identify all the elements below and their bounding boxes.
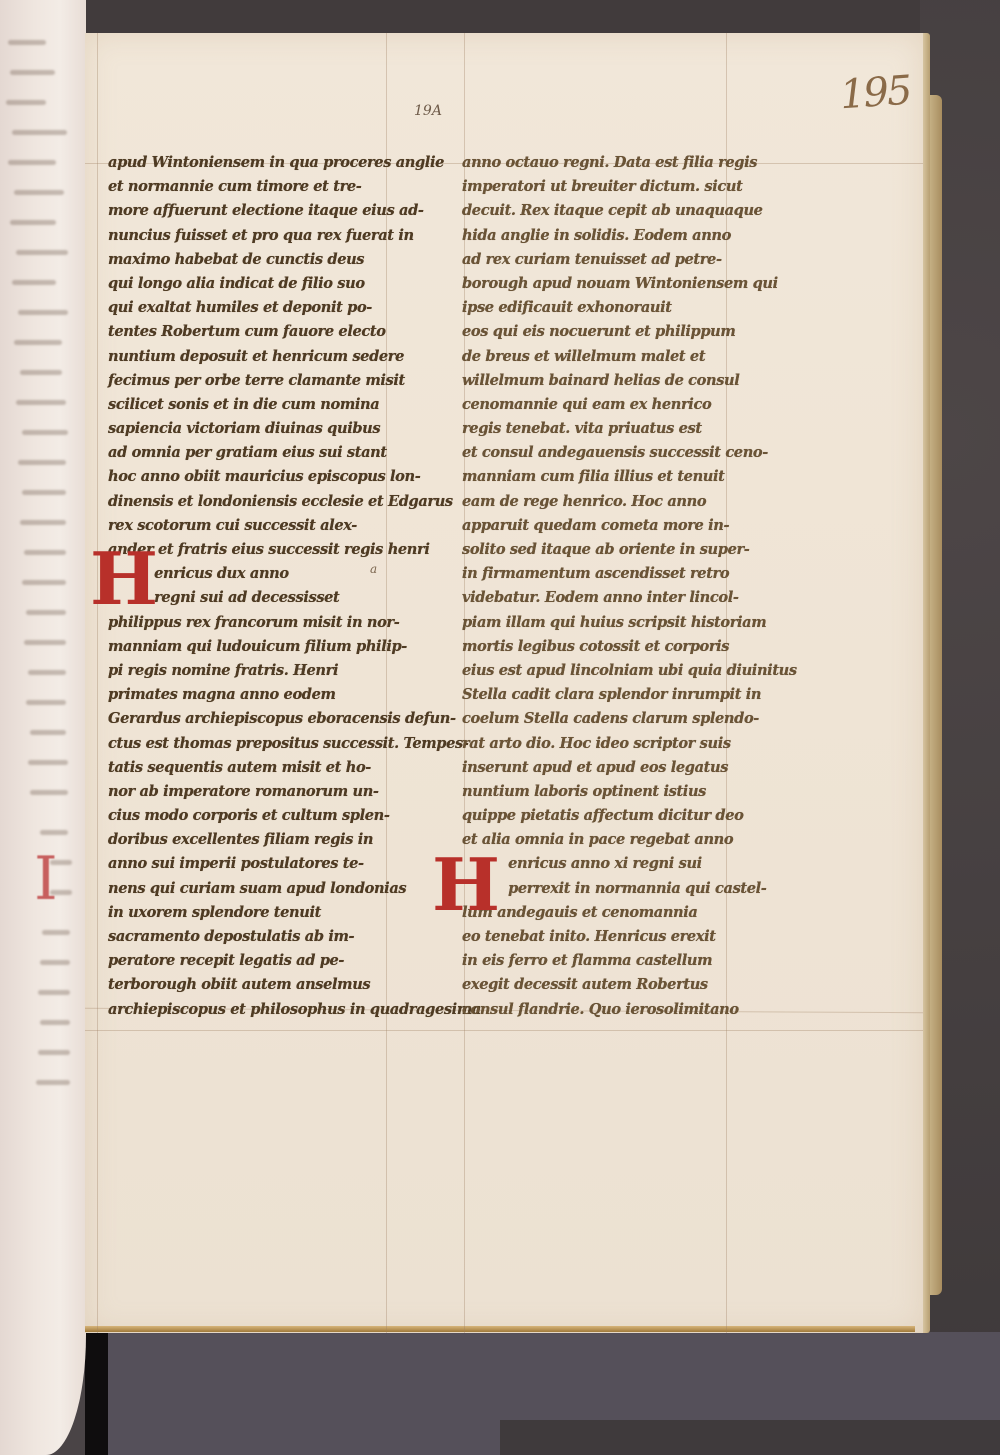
verso-text-line: [20, 370, 62, 375]
text-line: more affuerunt electione itaque eius ad-: [108, 198, 396, 222]
text-line: apud Wintoniensem in qua proceres anglie: [108, 150, 396, 174]
text-line: et alia omnia in pace regebat anno: [462, 827, 760, 851]
verso-text-line: [40, 1020, 70, 1025]
text-line: sapiencia victoriam diuinas quibus: [108, 416, 396, 440]
text-line: qui longo alia indicat de filio suo: [108, 271, 396, 295]
marginal-note: a: [370, 562, 377, 576]
verso-text-line: [40, 830, 68, 835]
text-line: cenomannie qui eam ex henrico: [462, 392, 760, 416]
text-line: dinensis et londoniensis ecclesie et Edg…: [108, 489, 396, 513]
text-line: solito sed itaque ab oriente in super-: [462, 537, 760, 561]
text-line: qui exaltat humiles et deponit po-: [108, 295, 396, 319]
text-line: coelum Stella cadens clarum splendo-: [462, 706, 760, 730]
text-line: Gerardus archiepiscopus eboracensis defu…: [108, 706, 396, 730]
verso-text-line: [36, 1080, 70, 1085]
text-line: tentes Robertum cum fauore electo: [108, 319, 396, 343]
text-line: nens qui curiam suam apud londonias: [108, 876, 396, 900]
text-line: piam illam qui huius scripsit historiam: [462, 610, 760, 634]
background-bottom-right: [500, 1420, 1000, 1455]
text-line: ad omnia per gratiam eius sui stant: [108, 440, 396, 464]
verso-text-line: [22, 490, 66, 495]
verso-text-line: [24, 640, 66, 645]
text-column-right: anno octauo regni. Data est filia regis …: [462, 150, 772, 1021]
verso-text-line: [22, 430, 68, 435]
text-line: Stella cadit clara splendor inrumpit in: [462, 682, 760, 706]
text-line: maximo habebat de cunctis deus: [108, 247, 396, 271]
text-line: eius est apud lincolniam ubi quia diuini…: [462, 658, 760, 682]
text-line: exegit decessit autem Robertus: [462, 972, 760, 996]
text-line: tatis sequentis autem misit et ho-: [108, 755, 396, 779]
text-line: et consul andegauensis successit ceno-: [462, 440, 760, 464]
text-line: hoc anno obiit mauricius episcopus lon-: [108, 464, 396, 488]
rubric-initial-h: H: [432, 855, 500, 915]
text-line: mortis legibus cotossit et corporis: [462, 634, 760, 658]
verso-text-line: [30, 790, 68, 795]
verso-text-line: [14, 190, 64, 195]
text-line: hida anglie in solidis. Eodem anno: [462, 223, 760, 247]
verso-text-line: [14, 340, 62, 345]
verso-text-line: [38, 1050, 70, 1055]
verso-text-line: [22, 580, 66, 585]
text-line: quippe pietatis affectum dicitur deo: [462, 803, 760, 827]
text-line: regis tenebat. vita priuatus est: [462, 416, 760, 440]
text-line: manniam cum filia illius et tenuit: [462, 464, 760, 488]
verso-text-line: [26, 610, 66, 615]
text-line: videbatur. Eodem anno inter lincol-: [462, 585, 760, 609]
text-line: perrexit in normannia qui castel-: [462, 876, 760, 900]
text-line: archiepiscopus et philosophus in quadrag…: [108, 997, 396, 1021]
ruling-line-vertical: [97, 33, 98, 1333]
text-line: willelmum bainard helias de consul: [462, 368, 760, 392]
text-line: eo tenebat inito. Henricus erexit: [462, 924, 760, 948]
text-line: terborough obiit autem anselmus: [108, 972, 396, 996]
verso-rubric-initial: I: [34, 843, 56, 915]
verso-text-line: [40, 960, 70, 965]
text-line: manniam qui ludouicum filium philip-: [108, 634, 396, 658]
text-line: nuncius fuisset et pro qua rex fuerat in: [108, 223, 396, 247]
text-line: nuntium deposuit et henricum sedere: [108, 344, 396, 368]
text-line: cius modo corporis et cultum splen-: [108, 803, 396, 827]
text-line: borough apud nouam Wintoniensem qui: [462, 271, 760, 295]
background-shadow-strip: [85, 1332, 108, 1455]
verso-text-line: [10, 220, 56, 225]
text-line: eam de rege henrico. Hoc anno: [462, 489, 760, 513]
verso-text-line: [18, 310, 68, 315]
text-line: scilicet sonis et in die cum nomina: [108, 392, 396, 416]
text-line: anno sui imperii postulatores te-: [108, 851, 396, 875]
page-stack-back: [928, 95, 942, 1295]
text-line: rat arto dio. Hoc ideo scriptor suis: [462, 731, 760, 755]
text-line: in uxorem splendore tenuit: [108, 900, 396, 924]
verso-text-line: [8, 40, 46, 45]
text-line: nor ab imperatore romanorum un-: [108, 779, 396, 803]
verso-page-edge: I: [0, 0, 86, 1455]
verso-text-line: [12, 280, 56, 285]
verso-text-line: [30, 730, 66, 735]
text-line: de breus et willelmum malet et: [462, 344, 760, 368]
text-line: primates magna anno eodem: [108, 682, 396, 706]
verso-text-line: [18, 460, 66, 465]
text-line: fecimus per orbe terre clamante misit: [108, 368, 396, 392]
verso-text-line: [26, 700, 66, 705]
verso-text-line: [28, 760, 68, 765]
text-line: peratore recepit legatis ad pe-: [108, 948, 396, 972]
verso-text-line: [42, 930, 70, 935]
text-line: pi regis nomine fratris. Henri: [108, 658, 396, 682]
verso-text-line: [24, 550, 66, 555]
old-foliation: 19A: [414, 103, 442, 119]
verso-text-line: [20, 520, 66, 525]
text-line: ipse edificauit exhonorauit: [462, 295, 760, 319]
text-line: lum andegauis et cenomannia: [462, 900, 760, 924]
folio-number: 195: [838, 68, 911, 119]
text-line: doribus excellentes filiam regis in: [108, 827, 396, 851]
text-line: sacramento depostulatis ab im-: [108, 924, 396, 948]
verso-text-line: [28, 670, 66, 675]
text-line: et normannie cum timore et tre-: [108, 174, 396, 198]
ruling-line-horizontal: [85, 1030, 923, 1031]
verso-text-line: [16, 250, 68, 255]
text-line: eos qui eis nocuerunt et philippum: [462, 319, 760, 343]
verso-text-line: [38, 990, 70, 995]
text-line: rex scotorum cui successit alex-: [108, 513, 396, 537]
verso-text-line: [8, 160, 56, 165]
text-line: anno octauo regni. Data est filia regis: [462, 150, 760, 174]
verso-text-line: [12, 130, 67, 135]
text-line: in firmamentum ascendisset retro: [462, 561, 760, 585]
verso-text-line: [6, 100, 46, 105]
text-line: ctus est thomas prepositus successit. Te…: [108, 731, 396, 755]
text-line: apparuit quedam cometa more in-: [462, 513, 760, 537]
verso-text-line: [10, 70, 55, 75]
text-line: inserunt apud et apud eos legatus: [462, 755, 760, 779]
text-line: consul flandrie. Quo ierosolimitano: [462, 997, 760, 1021]
verso-text-line: [16, 400, 66, 405]
text-line: imperatori ut breuiter dictum. sicut: [462, 174, 760, 198]
rubric-initial-h: H: [90, 549, 158, 609]
text-line: enricus anno xi regni sui: [462, 851, 760, 875]
text-line: nuntium laboris optinent istius: [462, 779, 760, 803]
page-gilt-edge: [85, 1326, 915, 1332]
text-line: in eis ferro et flamma castellum: [462, 948, 760, 972]
text-line: decuit. Rex itaque cepit ab unaquaque: [462, 198, 760, 222]
text-line: ad rex curiam tenuisset ad petre-: [462, 247, 760, 271]
